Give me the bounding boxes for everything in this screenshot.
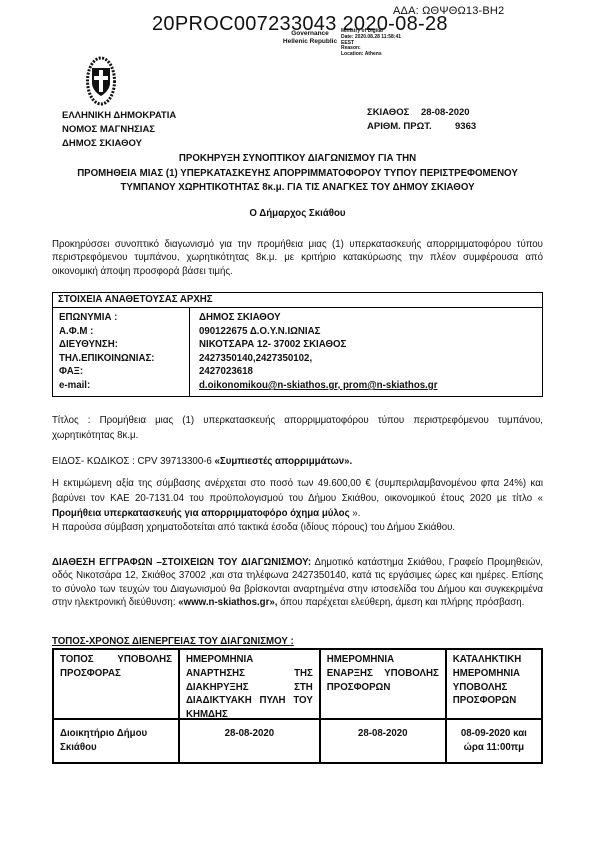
title-line: ΠΡΟΜΗΘΕΙΑ ΜΙΑΣ (1) ΥΠΕΡΚΑΤΑΣΚΕΥΗΣ ΑΠΟΡΡΙ… — [0, 167, 595, 182]
cpv-description: «Συμπιεστές απορριμμάτων». — [215, 456, 353, 467]
authority-line: ΔΗΜΟΣ ΣΚΙΑΘΟΥ — [62, 137, 176, 151]
publication-date-cell: 28-08-2020 — [178, 720, 319, 762]
cpv-label: ΕΙΔΟΣ- ΚΩΔΙΚΟΣ : CPV 39713300-6 — [52, 456, 215, 467]
table-row-value: ΔΗΜΟΣ ΣΚΙΑΘΟΥ — [199, 311, 542, 325]
contracting-authority-table: ΣΤΟΙΧΕΙΑ ΑΝΑΘΕΤΟΥΣΑΣ ΑΡΧΗΣ ΕΠΩΝΥΜΙΑ : Α.… — [52, 292, 543, 397]
greek-coat-of-arms-icon — [84, 56, 118, 106]
table-row-label: ΕΠΩΝΥΜΙΑ : — [59, 311, 189, 325]
signature-stamp-org: Governance Hellenic Republic — [281, 30, 339, 45]
funding-paragraph: Η παρούσα σύμβαση χρηματοδοτείται από τα… — [52, 521, 543, 534]
deadline-cell: 08-09-2020 και ώρα 11:00πμ — [445, 720, 541, 762]
column-header: ΗΜΕΡΟΜΗΝΙΑ ΕΝΑΡΞΗΣ ΥΠΟΒΟΛΗΣ ΠΡΟΣΦΟΡΩΝ — [319, 650, 445, 718]
table-row-label: Α.Φ.Μ : — [59, 325, 189, 339]
documents-text-end: όπου παρέχεται ελεύθερη, άμεση και πλήρη… — [277, 597, 524, 608]
table-row-label: ΦΑΞ: — [59, 365, 189, 379]
stamp-org-line: Governance — [281, 30, 339, 38]
signature-stamp-details: Ministry of Digital Date: 2020.08.28 11:… — [341, 29, 401, 58]
estimated-value-paragraph: Η εκτιμώμενη αξία της σύμβασης ανέρχεται… — [52, 477, 543, 521]
estimate-text: Η εκτιμώμενη αξία της σύμβασης ανέρχεται… — [52, 478, 543, 504]
submission-place-cell: Διοικητήριο Δήμου Σκιάθου — [54, 720, 178, 762]
documents-availability-paragraph: ΔΙΑΘΕΣΗ ΕΓΓΡΑΦΩΝ –ΣΤΟΙΧΕΙΩΝ ΤΟΥ ΔΙΑΓΩΝΙΣ… — [52, 556, 543, 610]
start-date-cell: 28-08-2020 — [319, 720, 445, 762]
authority-line: ΕΛΛΗΝΙΚΗ ΔΗΜΟΚΡΑΤΙΑ — [62, 109, 176, 123]
website-url: «www.n-skiathos.gr», — [178, 597, 277, 608]
title-line: ΤΥΜΠΑΝΟΥ ΧΩΡΗΤΙΚΟΤΗΤΑΣ 8κ.μ. ΓΙΑ ΤΙΣ ΑΝΑ… — [0, 181, 595, 196]
title-line: ΠΡΟΚΗΡΥΞΗ ΣΥΝΟΠΤΙΚΟΥ ΔΙΑΓΩΝΙΣΜΟΥ ΓΙΑ ΤΗΝ — [0, 152, 595, 167]
document-title: ΠΡΟΚΗΡΥΞΗ ΣΥΝΟΠΤΙΚΟΥ ΔΙΑΓΩΝΙΣΜΟΥ ΓΙΑ ΤΗΝ… — [0, 152, 595, 196]
authority-line: ΝΟΜΟΣ ΜΑΓΝΗΣΙΑΣ — [62, 123, 176, 137]
schedule-table: ΤΟΠΟΣ ΥΠΟΒΟΛΗΣ ΠΡΟΣΦΟΡΑΣ ΗΜΕΡΟΜΗΝΙΑ ΑΝΑΡ… — [52, 648, 543, 764]
subject-paragraph: Τίτλος : Προμήθεια μιας (1) υπερκατασκευ… — [52, 414, 543, 443]
column-header: ΤΟΠΟΣ ΥΠΟΒΟΛΗΣ ΠΡΟΣΦΟΡΑΣ — [54, 650, 178, 718]
budget-title: Προμήθεια υπερκατασκευής για απορριμματο… — [52, 508, 350, 519]
estimate-text-end: ». — [350, 508, 361, 519]
authority-table-labels: ΕΠΩΝΥΜΙΑ : Α.Φ.Μ : ΔΙΕΥΘΥΝΣΗ: ΤΗΛ.ΕΠΙΚΟΙ… — [53, 308, 189, 396]
schedule-heading: ΤΟΠΟΣ-ΧΡΟΝΟΣ ΔΙΕΝΕΡΓΕΙΑΣ ΤΟΥ ΔΙΑΓΩΝΙΣΜΟΥ… — [52, 636, 294, 647]
protocol-number: 9363 — [455, 121, 476, 132]
document-page: ΑΔΑ: ΩΘΨΘΩ13-ΒΗ2 20PROC007233043 2020-08… — [0, 0, 595, 842]
cpv-line: ΕΙΔΟΣ- ΚΩΔΙΚΟΣ : CPV 39713300-6 «Συμπιεσ… — [52, 455, 543, 468]
authority-table-values: ΔΗΜΟΣ ΣΚΙΑΘΟΥ 090122675 Δ.Ο.Υ.Ν.ΙΩΝΙΑΣ Ν… — [189, 308, 542, 396]
issuing-authority-block: ΕΛΛΗΝΙΚΗ ΔΗΜΟΚΡΑΤΙΑ ΝΟΜΟΣ ΜΑΓΝΗΣΙΑΣ ΔΗΜΟ… — [62, 109, 176, 151]
signatory-title: Ο Δήμαρχος Σκιάθου — [0, 208, 595, 219]
table-row-value: 2427023618 — [199, 365, 542, 379]
email-link[interactable]: d.oikonomikou@n-skiathos.gr, prom@n-skia… — [199, 379, 542, 393]
table-row-label: ΤΗΛ.ΕΠΙΚΟΙΝΩΝΙΑΣ: — [59, 352, 189, 366]
table-row-value: ΝΙΚΟΤΣΑΡΑ 12- 37002 ΣΚΙΑΘΟΣ — [199, 338, 542, 352]
schedule-header-row: ΤΟΠΟΣ ΥΠΟΒΟΛΗΣ ΠΡΟΣΦΟΡΑΣ ΗΜΕΡΟΜΗΝΙΑ ΑΝΑΡ… — [54, 650, 541, 720]
document-date: 28-08-2020 — [421, 107, 470, 118]
stamp-detail-line: Location: Athens — [341, 52, 401, 58]
table-row-value: 090122675 Δ.Ο.Υ.Ν.ΙΩΝΙΑΣ — [199, 325, 542, 339]
stamp-org-line: Hellenic Republic — [281, 38, 339, 46]
place-label: ΣΚΙΑΘΟΣ — [367, 107, 409, 118]
schedule-data-row: Διοικητήριο Δήμου Σκιάθου 28-08-2020 28-… — [54, 720, 541, 762]
protocol-label: ΑΡΙΘΜ. ΠΡΩΤ. — [367, 121, 432, 132]
column-header: ΗΜΕΡΟΜΗΝΙΑ ΑΝΑΡΤΗΣΗΣ ΤΗΣ ΔΙΑΚΗΡΥΞΗΣ ΣΤΗ … — [178, 650, 319, 718]
authority-table-title: ΣΤΟΙΧΕΙΑ ΑΝΑΘΕΤΟΥΣΑΣ ΑΡΧΗΣ — [53, 293, 542, 308]
documents-heading: ΔΙΑΘΕΣΗ ΕΓΓΡΑΦΩΝ –ΣΤΟΙΧΕΙΩΝ ΤΟΥ ΔΙΑΓΩΝΙΣ… — [52, 557, 311, 568]
table-row-label: ΔΙΕΥΘΥΝΣΗ: — [59, 338, 189, 352]
column-header: ΚΑΤΑΛΗΚΤΙΚΗ ΗΜΕΡΟΜΗΝΙΑ ΥΠΟΒΟΛΗΣ ΠΡΟΣΦΟΡΩ… — [445, 650, 541, 718]
table-row-label: e-mail: — [59, 379, 189, 393]
table-row-value: 2427350140,2427350102, — [199, 352, 542, 366]
intro-paragraph: Προκηρύσσει συνοπτικό διαγωνισμό για την… — [52, 238, 543, 278]
